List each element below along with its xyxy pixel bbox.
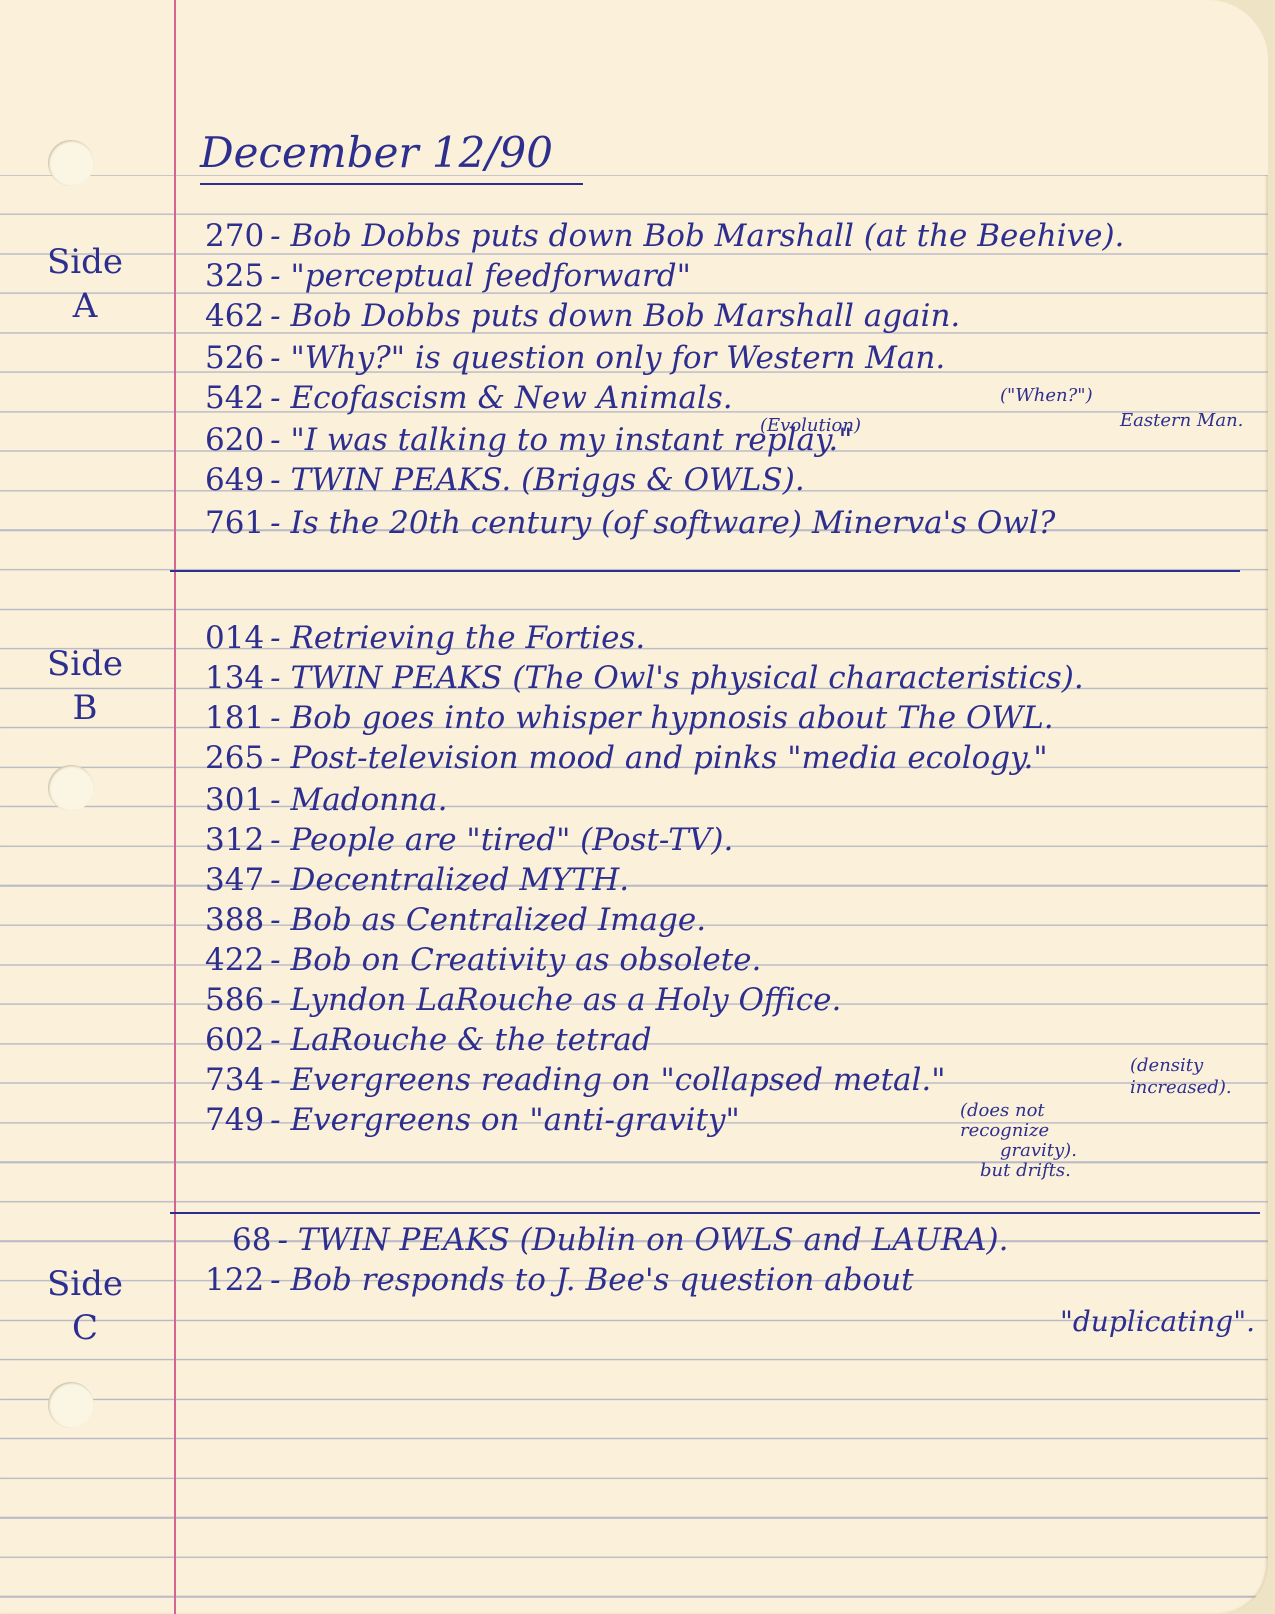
entry-text: - Post-television mood and pinks "media … — [270, 740, 1047, 776]
entry-number: 265 — [205, 740, 264, 776]
entry: 122- Bob responds to J. Bee's question a… — [205, 1262, 914, 1298]
entry: 134- TWIN PEAKS (The Owl's physical char… — [205, 660, 1084, 696]
entry: 388- Bob as Centralized Image. — [205, 902, 706, 938]
entry-text: - Retrieving the Forties. — [270, 620, 645, 656]
entry-text: - Bob Dobbs puts down Bob Marshall (at t… — [270, 218, 1124, 254]
entry-number: 602 — [205, 1022, 264, 1058]
entry: 312- People are "tired" (Post-TV). — [205, 822, 733, 858]
entry: 761- Is the 20th century (of software) M… — [205, 505, 1055, 541]
note-gravity: (does not — [960, 1100, 1045, 1121]
entry: 526- "Why?" is question only for Western… — [205, 340, 945, 376]
entry-number: 134 — [205, 660, 264, 696]
note-when: ("When?") — [1000, 385, 1093, 406]
entry-text: - Bob responds to J. Bee's question abou… — [270, 1262, 913, 1298]
entry-number: 734 — [205, 1062, 264, 1098]
entry: 325- "perceptual feedforward" — [205, 258, 691, 294]
entry-text: - Bob on Creativity as obsolete. — [270, 942, 761, 978]
entry-text: - Decentralized MYTH. — [270, 862, 629, 898]
entry: 422- Bob on Creativity as obsolete. — [205, 942, 761, 978]
entry-number: 620 — [205, 422, 264, 458]
section-divider — [170, 570, 1240, 572]
entry: 734- Evergreens reading on "collapsed me… — [205, 1062, 946, 1098]
entry-text: - Lyndon LaRouche as a Holy Office. — [270, 982, 841, 1018]
entry-number: 122 — [205, 1262, 264, 1298]
entry-text: - Evergreens on "anti-gravity" — [270, 1102, 740, 1138]
side-letter: C — [30, 1306, 140, 1350]
entry-text: - Ecofascism & New Animals. — [270, 380, 732, 416]
entry-number: 312 — [205, 822, 264, 858]
entry: 265- Post-television mood and pinks "med… — [205, 740, 1048, 776]
section-divider — [170, 1212, 1260, 1214]
entry: 014- Retrieving the Forties. — [205, 620, 645, 656]
entry: 68- TWIN PEAKS (Dublin on OWLS and LAURA… — [232, 1222, 1008, 1258]
entry-text: - Is the 20th century (of software) Mine… — [270, 505, 1055, 541]
entry-number: 181 — [205, 700, 264, 736]
entry-text: - TWIN PEAKS. (Briggs & OWLS). — [270, 462, 805, 498]
entry-number: 542 — [205, 380, 264, 416]
entry-number: 749 — [205, 1102, 264, 1138]
entry-number: 301 — [205, 782, 264, 818]
entry: 649- TWIN PEAKS. (Briggs & OWLS). — [205, 462, 805, 498]
entry-number: 422 — [205, 942, 264, 978]
note-duplicating: "duplicating". — [1060, 1305, 1255, 1338]
note-density-cont: increased). — [1130, 1077, 1232, 1098]
entry-text: - Bob as Centralized Image. — [270, 902, 706, 938]
entry-text: - TWIN PEAKS (The Owl's physical charact… — [270, 660, 1084, 696]
entry: 602- LaRouche & the tetrad — [205, 1022, 652, 1058]
side-b-label: Side B — [30, 642, 140, 730]
entry-text: - "perceptual feedforward" — [270, 258, 691, 294]
entry: 749- Evergreens on "anti-gravity" — [205, 1102, 740, 1138]
entry-text: - People are "tired" (Post-TV). — [270, 822, 733, 858]
side-word: Side — [30, 642, 140, 686]
note-evolution: (Evolution) — [760, 415, 861, 436]
entry: 586- Lyndon LaRouche as a Holy Office. — [205, 982, 841, 1018]
entry-number: 014 — [205, 620, 264, 656]
entry-number: 526 — [205, 340, 264, 376]
punch-hole-top — [48, 140, 94, 186]
entry: 181- Bob goes into whisper hypnosis abou… — [205, 700, 1054, 736]
entry-number: 347 — [205, 862, 264, 898]
margin-line — [174, 0, 176, 1614]
entry-text: - Evergreens reading on "collapsed metal… — [270, 1062, 945, 1098]
entry-number: 270 — [205, 218, 264, 254]
punch-hole-bottom — [48, 1382, 94, 1428]
entry-number: 649 — [205, 462, 264, 498]
page-date: December 12/90 — [200, 128, 583, 185]
note-density: (density — [1130, 1055, 1203, 1076]
entry-number: 68 — [232, 1222, 271, 1258]
entry-text: - Bob Dobbs puts down Bob Marshall again… — [270, 298, 960, 334]
side-c-label: Side C — [30, 1262, 140, 1350]
entry: 462- Bob Dobbs puts down Bob Marshall ag… — [205, 298, 960, 334]
entry: 347- Decentralized MYTH. — [205, 862, 629, 898]
entry-text: - LaRouche & the tetrad — [270, 1022, 651, 1058]
side-letter: A — [30, 284, 140, 328]
side-letter: B — [30, 686, 140, 730]
entry: 620- "I was talking to my instant replay… — [205, 422, 853, 458]
note-eastern-man: Eastern Man. — [1120, 410, 1243, 431]
note-gravity-cont: recognize — [960, 1120, 1049, 1141]
entry-number: 462 — [205, 298, 264, 334]
entry-number: 388 — [205, 902, 264, 938]
entry: 301- Madonna. — [205, 782, 448, 818]
entry: 270- Bob Dobbs puts down Bob Marshall (a… — [205, 218, 1124, 254]
entry-text: - Madonna. — [270, 782, 447, 818]
note-gravity-cont: gravity). — [1000, 1140, 1077, 1161]
punch-hole-middle — [48, 765, 94, 811]
entry-text: - TWIN PEAKS (Dublin on OWLS and LAURA). — [277, 1222, 1008, 1258]
side-a-label: Side A — [30, 240, 140, 328]
entry-text: - Bob goes into whisper hypnosis about T… — [270, 700, 1054, 736]
entry-number: 586 — [205, 982, 264, 1018]
side-word: Side — [30, 240, 140, 284]
entry-number: 761 — [205, 505, 264, 541]
entry: 542- Ecofascism & New Animals. — [205, 380, 733, 416]
entry-number: 325 — [205, 258, 264, 294]
note-gravity-cont: but drifts. — [980, 1160, 1071, 1181]
entry-text: - "Why?" is question only for Western Ma… — [270, 340, 945, 376]
side-word: Side — [30, 1262, 140, 1306]
